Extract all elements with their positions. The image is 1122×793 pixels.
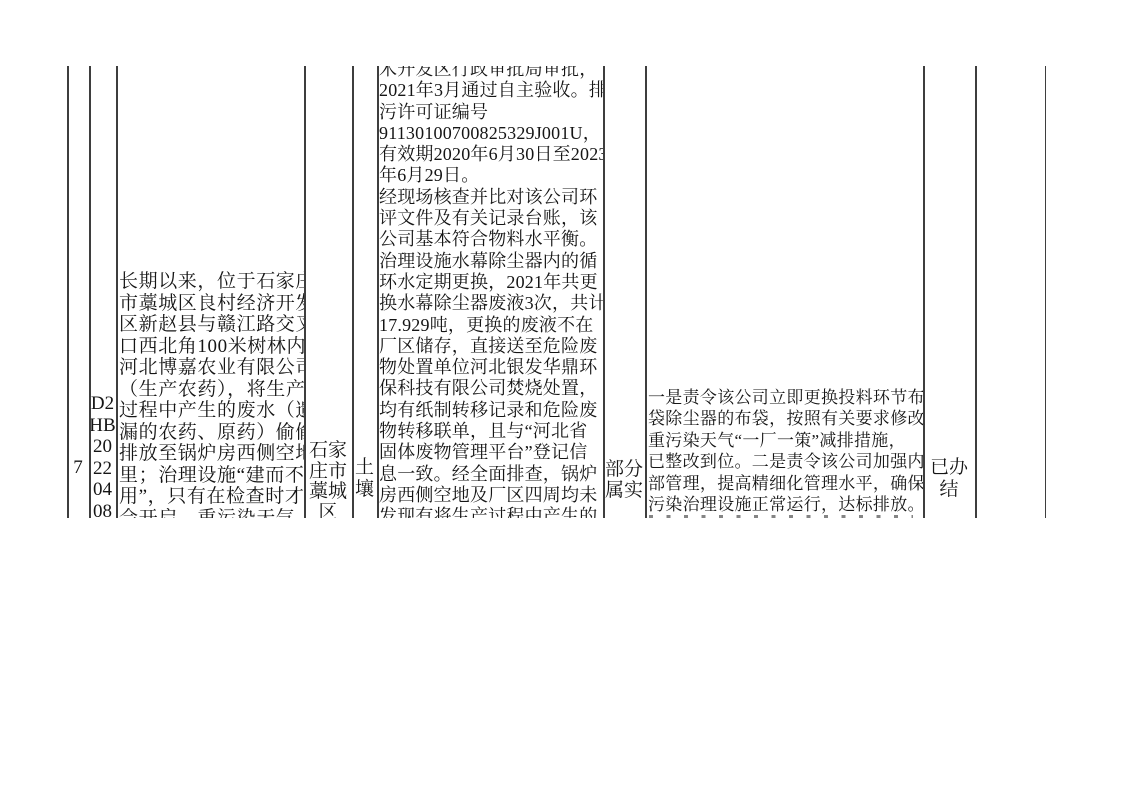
case-id-cell: D2 HB 20 22 04 08 — [89, 66, 116, 518]
table-vertical-border — [304, 66, 306, 518]
substantiated-text: 部分 属实 — [603, 459, 645, 502]
region-text: 石家 庄市 藁城 区 — [304, 441, 352, 518]
case-id: D2 HB 20 22 04 08 — [89, 393, 116, 518]
completion-status-cell: 已办 结 — [923, 66, 975, 518]
table-vertical-border — [67, 66, 69, 518]
region-cell: 石家 庄市 藁城 区 — [304, 66, 352, 518]
clipped-line-remnant — [649, 515, 913, 518]
table-vertical-border — [89, 66, 91, 518]
measures-text: 一是责令该公司立即更换投料环节布袋除尘器的布袋，按照有关要求修改重污染天气“一厂… — [645, 387, 923, 515]
table-vertical-border — [352, 66, 354, 518]
problem-description-text: 长期以来，位于石家庄市藁城区良村经济开发区新赵县与赣江路交叉口西北角100米树林… — [116, 271, 304, 518]
problem-description-cell: 长期以来，位于石家庄市藁城区良村经济开发区新赵县与赣江路交叉口西北角100米树林… — [116, 66, 304, 518]
table-vertical-border — [377, 66, 379, 518]
serial-cell: 7 — [67, 66, 89, 518]
document-page: 7 D2 HB 20 22 04 08 长期以来，位于石家庄市藁城区良村经济开发… — [0, 0, 1122, 793]
accountability-cell — [975, 66, 1045, 518]
table-vertical-border — [645, 66, 647, 518]
serial-number: 7 — [67, 457, 89, 479]
verification-text: 术开发区行政审批局审批，2021年3月通过自主验收。排污许可证编号9113010… — [377, 66, 603, 518]
table-vertical-border — [1045, 66, 1047, 518]
inspection-table: 7 D2 HB 20 22 04 08 长期以来，位于石家庄市藁城区良村经济开发… — [67, 66, 1046, 518]
pollution-type-text: 土 壤 — [352, 457, 377, 500]
pollution-type-cell: 土 壤 — [352, 66, 377, 518]
table-vertical-border — [603, 66, 605, 518]
table-vertical-border — [975, 66, 977, 518]
verification-cell: 术开发区行政审批局审批，2021年3月通过自主验收。排污许可证编号9113010… — [377, 66, 603, 518]
substantiated-cell: 部分 属实 — [603, 66, 645, 518]
table-vertical-border — [116, 66, 118, 518]
table-vertical-border — [923, 66, 925, 518]
completion-status-text: 已办 结 — [923, 457, 975, 500]
measures-cell: 一是责令该公司立即更换投料环节布袋除尘器的布袋，按照有关要求修改重污染天气“一厂… — [645, 66, 923, 518]
